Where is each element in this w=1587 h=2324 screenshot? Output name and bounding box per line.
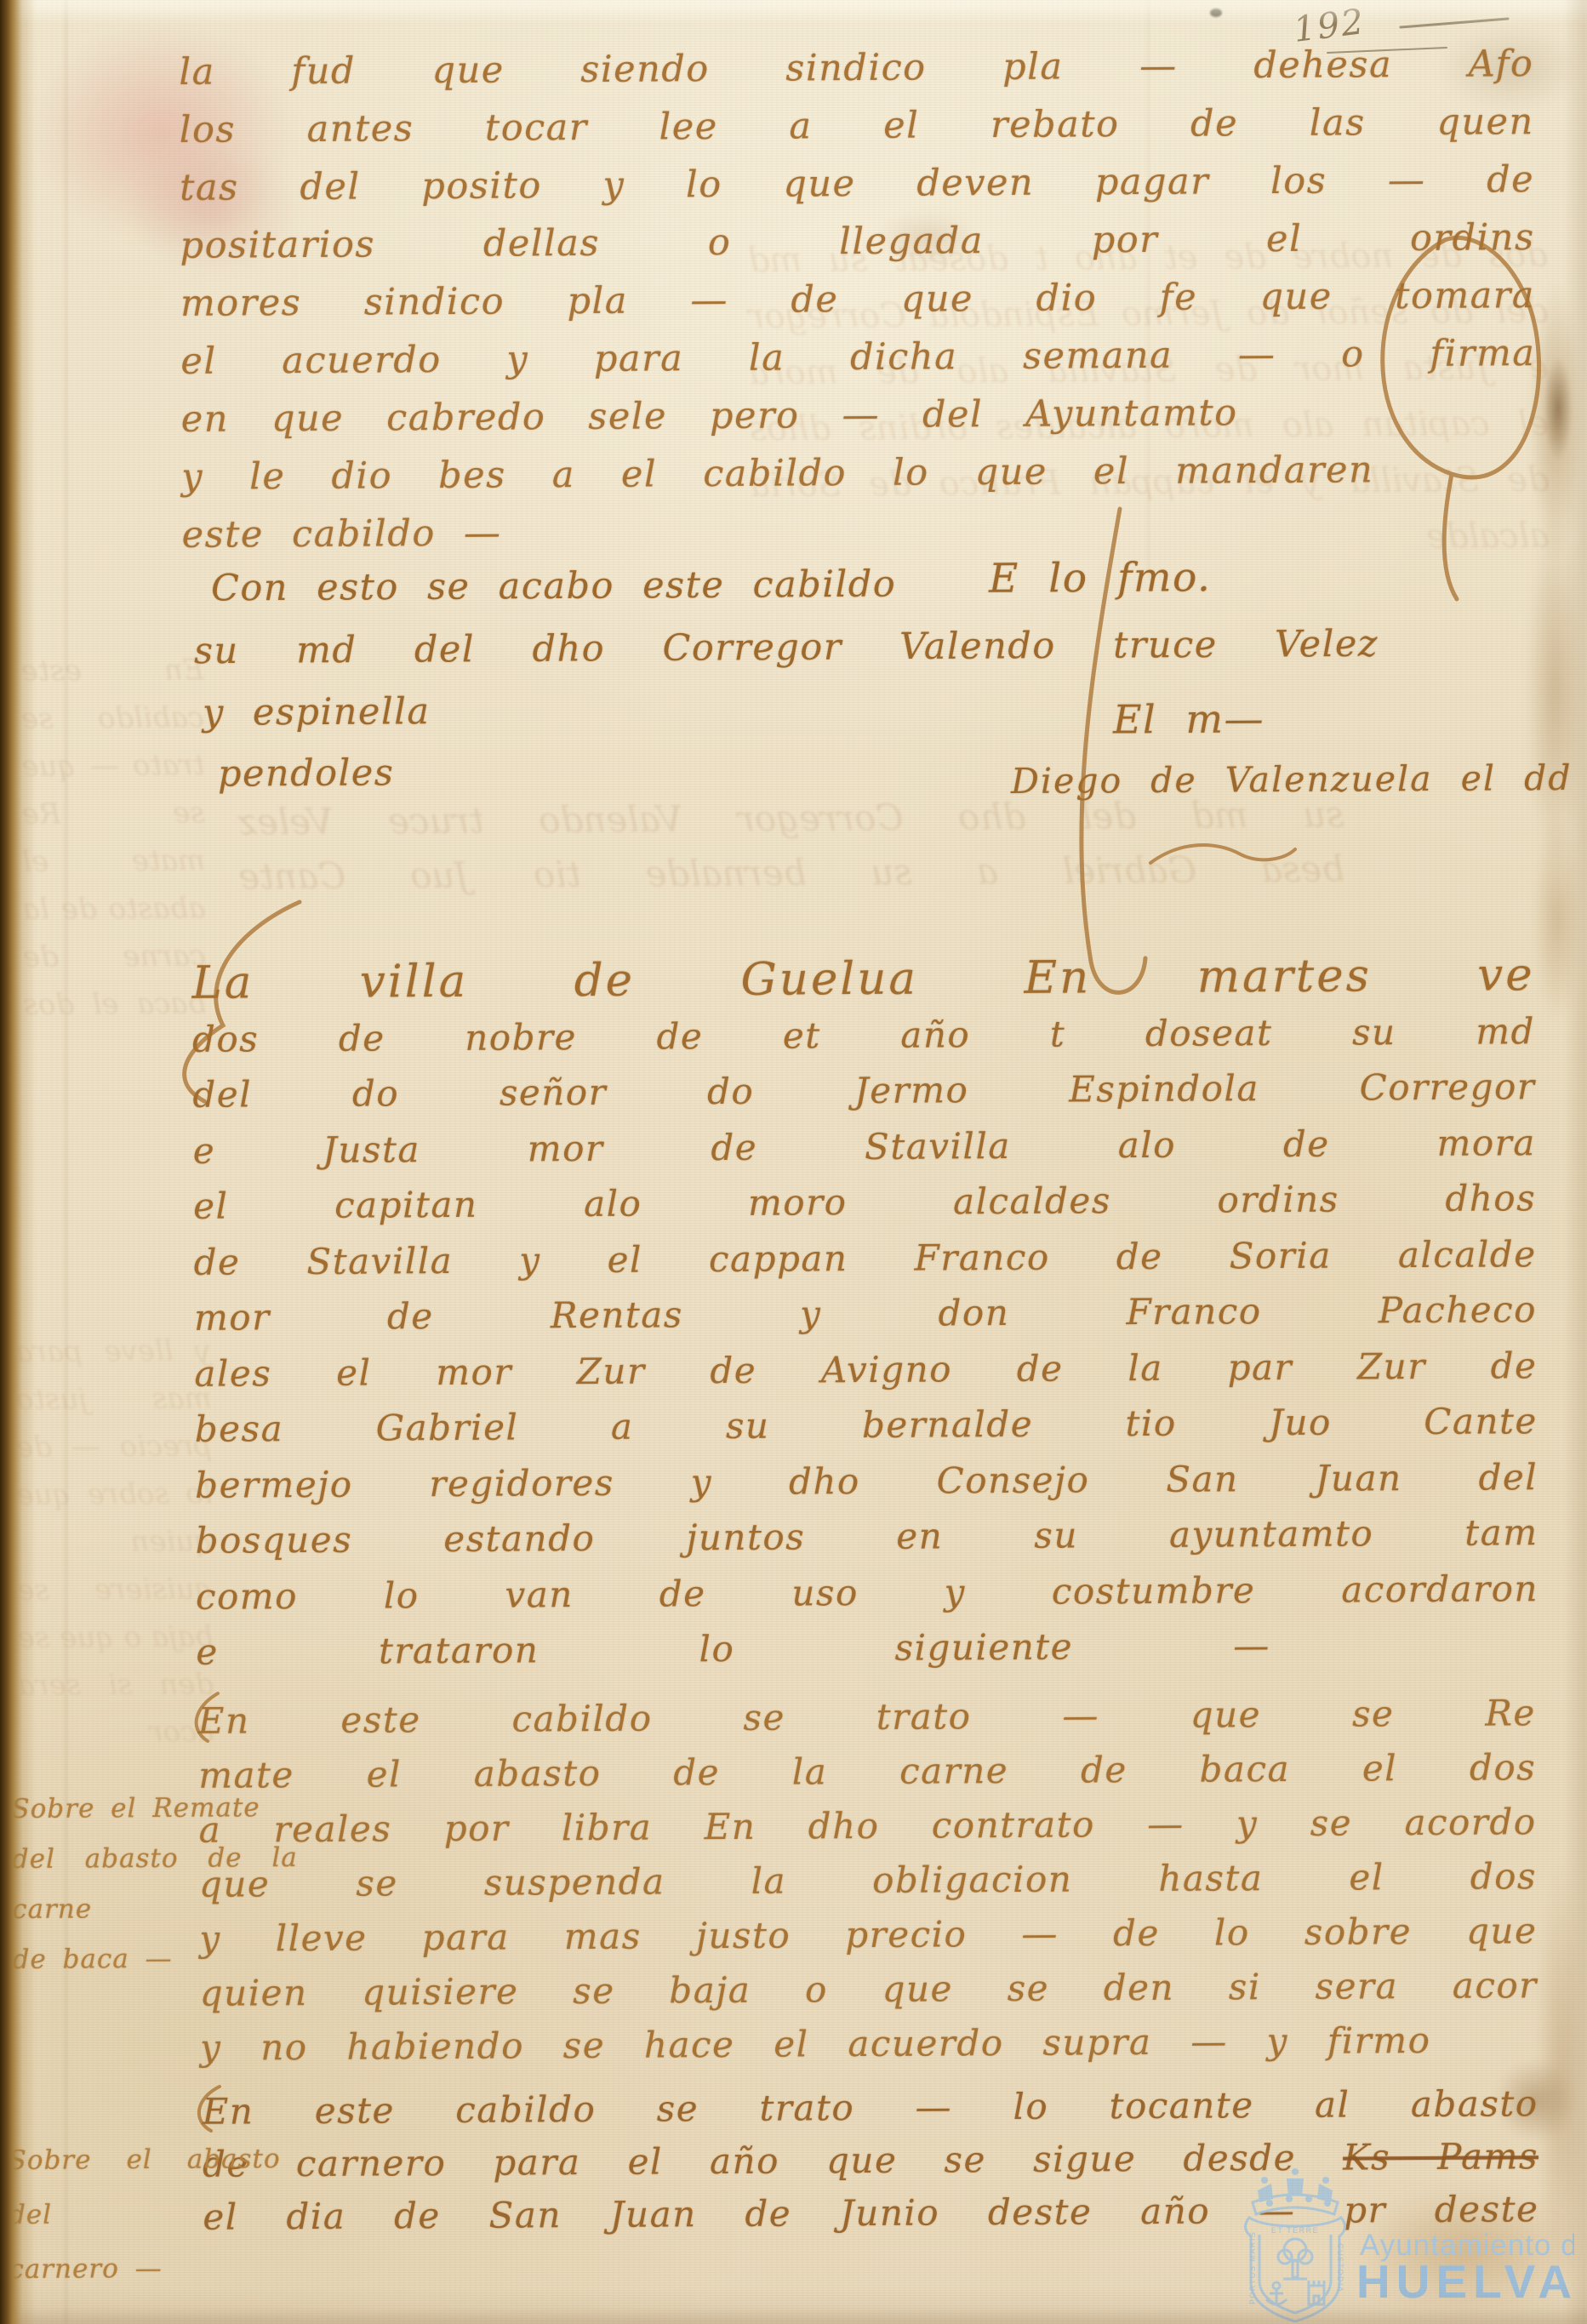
signature-tilde-icon — [1150, 845, 1295, 863]
rubric-vertical-icon — [1082, 509, 1145, 992]
folio-underline — [1401, 19, 1508, 27]
motto-band: ET TERRE — [1271, 2226, 1319, 2235]
tower-icon — [1309, 2281, 1324, 2304]
paragraph-swash-icon — [185, 902, 300, 1101]
motto-left: PORTUS MARIS — [1248, 2231, 1257, 2304]
tree-icon — [1278, 2239, 1312, 2279]
motto-right: CUSTODIA — [1336, 2243, 1344, 2293]
crown-icon — [1253, 2168, 1338, 2214]
rubric-loop-icon — [1383, 237, 1539, 599]
manuscript-page: su md del dho Corregor Valendo truce Vel… — [0, 0, 1587, 2324]
paragraph-swash-icon — [199, 2087, 220, 2131]
huelva-watermark: ET TERRE PORTUS MARIS CUSTODIA — [1208, 2155, 1574, 2324]
folio-underline-2 — [1327, 48, 1447, 53]
shield-icon: ET TERRE PORTUS MARIS CUSTODIA — [1245, 2218, 1344, 2321]
watermark-org-city: HUELVA — [1356, 2255, 1574, 2308]
paragraph-swash-icon — [197, 1693, 218, 1741]
anchor-icon — [1266, 2282, 1287, 2304]
rubric-flourishes — [0, 0, 1587, 2324]
